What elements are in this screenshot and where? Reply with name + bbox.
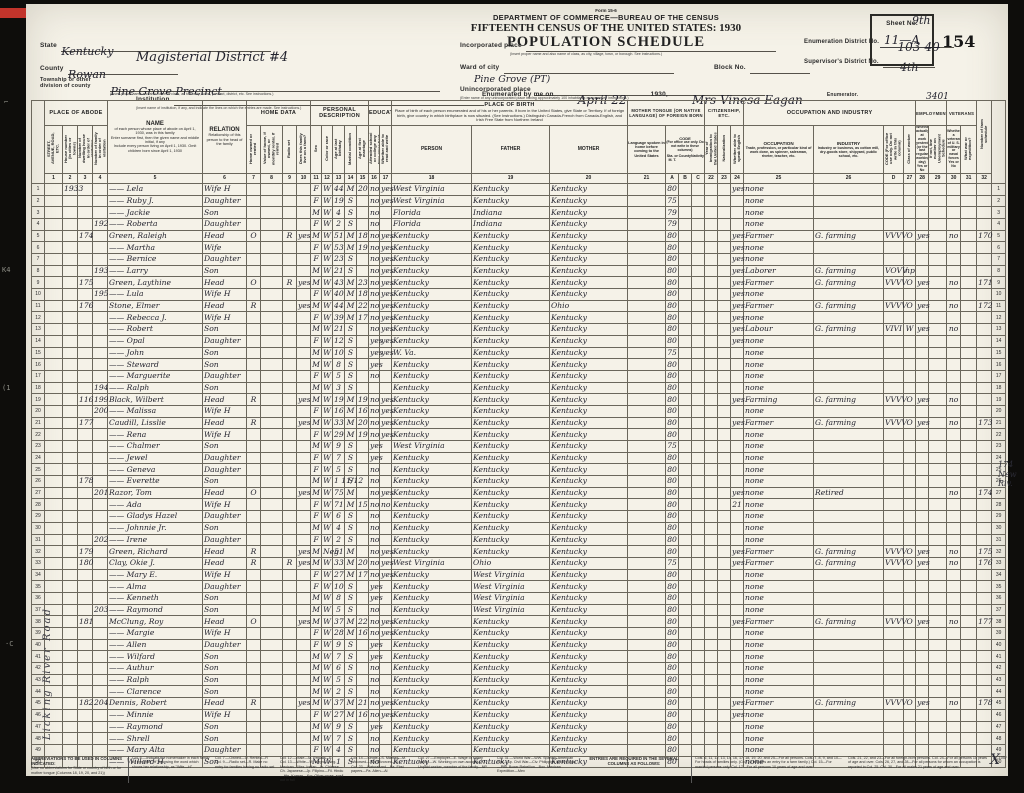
cell-imm (705, 254, 718, 266)
cell-fs (977, 464, 992, 476)
code-b-label: County (679, 154, 691, 162)
cell-nat (718, 335, 731, 347)
cell-pm: Kentucky (550, 616, 628, 628)
cell-nat (718, 207, 731, 219)
table-row: 3—— JackieSonMW4SnoFloridaIndianaKentuck… (32, 207, 1006, 219)
cell-name: —— Gladys Hazel (108, 511, 203, 523)
cell-ul (929, 441, 947, 453)
cell-name: Dennis, Robert (108, 698, 203, 710)
cell-pf: Kentucky (472, 651, 550, 663)
cell-hn (63, 394, 78, 406)
cell-wy (916, 709, 929, 721)
cell-val (261, 218, 283, 230)
cell-eng (731, 651, 744, 663)
cell-mt (628, 522, 666, 534)
cell-name: —— Martha (108, 242, 203, 254)
cell-hn (63, 218, 78, 230)
cell-race: W (322, 312, 333, 324)
cell-fam (93, 277, 108, 289)
cell-cc (692, 464, 705, 476)
cell-ind (814, 464, 884, 476)
cell-sch: no (369, 744, 380, 756)
cell-rad (283, 628, 297, 640)
cell-cb (679, 604, 692, 616)
cell-val (261, 499, 283, 511)
cell-own (247, 534, 261, 546)
cell-cd (884, 534, 904, 546)
cell-rad (283, 242, 297, 254)
cell-name: —— Ada (108, 499, 203, 511)
cell-hn (63, 347, 78, 359)
cell-cd (884, 686, 904, 698)
cell-rad (283, 511, 297, 523)
cell-rw (380, 744, 392, 756)
col-number: 4 (93, 173, 108, 183)
cell-ind (814, 335, 884, 347)
cell-cb (679, 312, 692, 324)
cell-pf: Kentucky (472, 230, 550, 242)
line-number-right: 8 (992, 265, 1006, 277)
cell-name: —— Johnnie Jr. (108, 522, 203, 534)
cell-afm: 19 (357, 429, 369, 441)
line-number-right: 44 (992, 686, 1006, 698)
cell-imm (705, 534, 718, 546)
cell-ul (929, 230, 947, 242)
cell-sch: no (369, 405, 380, 417)
cell-val (261, 277, 283, 289)
cell-mar: S (345, 370, 357, 382)
cell-cb (679, 464, 692, 476)
cell-mt (628, 546, 666, 558)
cell-war (961, 394, 977, 406)
cell-farm (297, 370, 311, 382)
cell-cls (904, 744, 916, 756)
cell-mt (628, 581, 666, 593)
cell-mar: S (345, 651, 357, 663)
cell-vet (947, 651, 961, 663)
cell-war (961, 300, 977, 312)
cell-val (261, 394, 283, 406)
cell-cb (679, 335, 692, 347)
line-number-left: 15 (32, 347, 45, 359)
cell-name: Green, Richard (108, 546, 203, 558)
cell-sch: no (369, 709, 380, 721)
cell-fam: 200 (93, 405, 108, 417)
cell-sch: no (369, 207, 380, 219)
cell-cd (884, 674, 904, 686)
line-number-right: 14 (992, 335, 1006, 347)
cell-cb (679, 359, 692, 371)
cell-hn (63, 592, 78, 604)
cell-st (45, 242, 63, 254)
cell-cls (904, 569, 916, 581)
cell-imm (705, 207, 718, 219)
cell-cls (904, 639, 916, 651)
cell-name: —— Margie (108, 628, 203, 640)
cell-pm: Kentucky (550, 405, 628, 417)
cell-cc (692, 300, 705, 312)
cell-ul (929, 195, 947, 207)
cell-vet (947, 254, 961, 266)
cell-cc (692, 698, 705, 710)
cell-ca: 75 (666, 347, 679, 359)
cell-dw (78, 405, 93, 417)
cell-own: O (247, 230, 261, 242)
cell-sex: M (311, 476, 322, 488)
corner-x-mark: X (990, 752, 1000, 768)
cell-imm (705, 698, 718, 710)
table-row: 16—— StewardSonMW8SyesKentuckyKentuckyKe… (32, 359, 1006, 371)
cell-rel: Daughter (203, 370, 247, 382)
cell-age: 23 (333, 254, 345, 266)
col-number: 6 (203, 173, 247, 183)
cell-pb: Kentucky (392, 370, 472, 382)
line-number-right: 5 (992, 230, 1006, 242)
col-number: 32 (977, 173, 992, 183)
cell-occ: none (744, 476, 814, 488)
cell-pf: Kentucky (472, 674, 550, 686)
cell-rel: Daughter (203, 534, 247, 546)
cell-val (261, 628, 283, 640)
cell-cb (679, 417, 692, 429)
cell-cls (904, 487, 916, 499)
cell-cb (679, 651, 692, 663)
cell-cls (904, 405, 916, 417)
cell-ind (814, 592, 884, 604)
cell-cb (679, 476, 692, 488)
cell-st (45, 254, 63, 266)
page-stamp: 154 (942, 32, 975, 51)
cell-nat (718, 581, 731, 593)
census-scan-page: { "header": { "form_no": "Form 15-6", "d… (0, 0, 1024, 793)
col-number: 2 (63, 173, 78, 183)
desc-street: STREET, AVENUE, ROAD, ETC. (45, 126, 63, 174)
cell-sch: no (369, 546, 380, 558)
cell-imm (705, 569, 718, 581)
cell-imm (705, 651, 718, 663)
cell-name: Green, Raleigh (108, 230, 203, 242)
cell-dw: 175 (78, 277, 93, 289)
cell-farm (297, 242, 311, 254)
cell-ul (929, 663, 947, 675)
cell-fs (977, 370, 992, 382)
cell-fam (93, 441, 108, 453)
cell-occ: none (744, 581, 814, 593)
cell-mt (628, 405, 666, 417)
cell-war (961, 604, 977, 616)
group-home-data: HOME DATA (247, 101, 311, 126)
cell-name: Stone, Elmer (108, 300, 203, 312)
line-number-right: 36 (992, 592, 1006, 604)
cell-vet (947, 569, 961, 581)
cell-imm (705, 733, 718, 745)
cell-own: R (247, 698, 261, 710)
cell-wy (916, 639, 929, 651)
table-row: 43—— RalphSonMW5SnoKentuckyKentuckyKentu… (32, 674, 1006, 686)
cell-farm (297, 744, 311, 756)
cell-fs: 174 (977, 487, 992, 499)
cell-cc (692, 569, 705, 581)
cell-wy (916, 686, 929, 698)
cell-val (261, 370, 283, 382)
col-number: 29 (929, 173, 947, 183)
cell-imm (705, 277, 718, 289)
cell-ca: 80 (666, 604, 679, 616)
cell-sex: F (311, 405, 322, 417)
col-number: 7 (247, 173, 261, 183)
cell-rad (283, 265, 297, 277)
cell-hn (63, 359, 78, 371)
cell-race: W (322, 394, 333, 406)
cell-own (247, 335, 261, 347)
table-row: 44—— ClarenceSonMW2SnoKentuckyKentuckyKe… (32, 686, 1006, 698)
line-number-left: 12 (32, 312, 45, 324)
cell-war (961, 639, 977, 651)
cell-cd (884, 522, 904, 534)
cell-age: 5 (333, 464, 345, 476)
abbr-col: Col. 31.—World War—WW. Spanish-American … (497, 756, 577, 783)
cell-pb: Kentucky (392, 300, 472, 312)
cell-dw (78, 464, 93, 476)
cell-cb (679, 382, 692, 394)
cell-war (961, 674, 977, 686)
cell-vet (947, 452, 961, 464)
col-number: 8 (261, 173, 283, 183)
cell-sex: F (311, 289, 322, 301)
cell-pm: Kentucky (550, 592, 628, 604)
cell-fs (977, 359, 992, 371)
cell-fs (977, 581, 992, 593)
cell-val (261, 546, 283, 558)
cell-race: W (322, 183, 333, 195)
cell-own (247, 464, 261, 476)
cell-mar: S (345, 522, 357, 534)
cell-cls (904, 359, 916, 371)
cell-race: W (322, 347, 333, 359)
farm-schedule-header: Number of farm schedule (977, 101, 992, 174)
cell-cd (884, 289, 904, 301)
cell-ca: 80 (666, 721, 679, 733)
cell-pm: Kentucky (550, 546, 628, 558)
cell-fam (93, 628, 108, 640)
cell-sch: no (369, 324, 380, 336)
cell-pm: Kentucky (550, 628, 628, 640)
cell-war (961, 744, 977, 756)
cell-cb (679, 277, 692, 289)
cell-sex: F (311, 183, 322, 195)
cell-afm (357, 218, 369, 230)
cell-val (261, 254, 283, 266)
cell-rad: R (283, 277, 297, 289)
cell-farm (297, 464, 311, 476)
cell-rel: Daughter (203, 218, 247, 230)
cell-val (261, 604, 283, 616)
cell-ind (814, 452, 884, 464)
cell-occ: Farmer (744, 616, 814, 628)
cell-dw (78, 651, 93, 663)
desc-farm: Does this family live on a farm? (297, 126, 311, 174)
cell-occ: Farmer (744, 417, 814, 429)
cell-fam (93, 592, 108, 604)
cell-val (261, 522, 283, 534)
cell-rel: Head (203, 300, 247, 312)
desc-school: Attended school or college any time sinc… (369, 126, 380, 174)
cell-own (247, 604, 261, 616)
group-employment: EMPLOYMENT (916, 101, 947, 126)
cell-name: —— Mary Alta (108, 744, 203, 756)
cell-cb (679, 709, 692, 721)
cell-occ: Farmer (744, 230, 814, 242)
cell-vet (947, 218, 961, 230)
cell-rad (283, 394, 297, 406)
cell-st (45, 417, 63, 429)
desc-occupation: OCCUPATION Trade, profession, or particu… (744, 126, 814, 174)
cell-wy (916, 744, 929, 756)
cell-wy (916, 651, 929, 663)
abbr-col: Col. 14.—Single—S. Married—M. Widowed—Wd… (351, 756, 413, 783)
cell-sex: M (311, 324, 322, 336)
desc-age: Age at last birthday (333, 126, 345, 174)
cell-own: R (247, 394, 261, 406)
cell-age: 9 (333, 441, 345, 453)
cell-ind (814, 639, 884, 651)
cell-sex: M (311, 546, 322, 558)
cell-rel: Wife H (203, 709, 247, 721)
cell-nat (718, 709, 731, 721)
table-row: 14—— OpalDaughterFW12SyesyesKentuckyKent… (32, 335, 1006, 347)
cell-imm (705, 592, 718, 604)
cell-fs (977, 195, 992, 207)
cell-val (261, 476, 283, 488)
desc-race: Color or race (322, 126, 333, 174)
cell-own (247, 499, 261, 511)
cell-ind: G. farming (814, 277, 884, 289)
cell-rad (283, 709, 297, 721)
cell-nat (718, 476, 731, 488)
cell-ul (929, 242, 947, 254)
cell-afm: 16 (357, 628, 369, 640)
cell-own (247, 639, 261, 651)
cell-hn: 1933 (63, 183, 78, 195)
cell-war (961, 218, 977, 230)
line-number-left: 49 (32, 744, 45, 756)
cell-mt (628, 417, 666, 429)
cell-sex: F (311, 218, 322, 230)
cell-rw (380, 604, 392, 616)
cell-own (247, 663, 261, 675)
cell-own (247, 511, 261, 523)
cell-mt (628, 628, 666, 640)
cell-mt (628, 300, 666, 312)
cell-st (45, 394, 63, 406)
table-row: 23—— ChalmerSonMW9SyesWest VirginiaKentu… (32, 441, 1006, 453)
cell-age: 71 (333, 499, 345, 511)
cell-hn (63, 709, 78, 721)
cell-occ: Farmer (744, 300, 814, 312)
cell-rel: Son (203, 382, 247, 394)
cell-fs (977, 265, 992, 277)
cell-mt (628, 604, 666, 616)
film-edge-mark: ⌐ (4, 98, 8, 106)
cell-wy: yes (916, 230, 929, 242)
cell-val (261, 242, 283, 254)
table-row: 47—— RaymondSonMW9SyesKentuckyKentuckyKe… (32, 721, 1006, 733)
cell-race: W (322, 300, 333, 312)
cell-fs (977, 183, 992, 195)
cell-sex: M (311, 277, 322, 289)
cell-cls (904, 686, 916, 698)
cell-afm (357, 581, 369, 593)
cell-sch: no (369, 195, 380, 207)
cell-race: W (322, 324, 333, 336)
cell-fs (977, 254, 992, 266)
cell-val (261, 230, 283, 242)
line-number-right: 43 (992, 674, 1006, 686)
cell-own (247, 218, 261, 230)
cell-hn (63, 417, 78, 429)
cell-occ: none (744, 487, 814, 499)
cell-vet (947, 195, 961, 207)
cell-war (961, 464, 977, 476)
cell-dw (78, 359, 93, 371)
line-number-right: 30 (992, 522, 1006, 534)
cell-name: —— Mary E. (108, 569, 203, 581)
cell-val (261, 441, 283, 453)
cell-rad (283, 534, 297, 546)
cell-farm (297, 382, 311, 394)
cell-pb: Kentucky (392, 464, 472, 476)
abbr-title: ABBREVIATIONS TO BE USED IN COLUMNS INDI… (31, 756, 123, 766)
cell-afm (357, 359, 369, 371)
cell-vet (947, 522, 961, 534)
desc-pob-mother: MOTHER (550, 126, 628, 174)
cell-mt (628, 452, 666, 464)
cell-farm (297, 721, 311, 733)
desc-veteran: Whether a veteran of U. S. military or n… (947, 126, 961, 174)
cell-val (261, 651, 283, 663)
cell-pf: Kentucky (472, 721, 550, 733)
cell-rw: yes (380, 557, 392, 569)
cell-war (961, 441, 977, 453)
cell-eng: yes (731, 300, 744, 312)
cell-fam (93, 511, 108, 523)
cell-ca: 80 (666, 581, 679, 593)
cell-cls (904, 183, 916, 195)
cell-mt (628, 195, 666, 207)
cell-mar: S (345, 534, 357, 546)
cell-rel: Daughter (203, 464, 247, 476)
block-field: Block No. (714, 56, 810, 74)
cell-sex: F (311, 569, 322, 581)
cell-sch: no (369, 183, 380, 195)
cell-pb: Kentucky (392, 639, 472, 651)
cell-wy (916, 347, 929, 359)
table-row: 24—— JewelDaughterFW7SyesKentuckyKentuck… (32, 452, 1006, 464)
cell-age: 16 (333, 405, 345, 417)
cell-vet (947, 347, 961, 359)
cell-cd (884, 476, 904, 488)
cell-ca: 80 (666, 639, 679, 651)
cell-dw: 181 (78, 616, 93, 628)
cell-race: W (322, 207, 333, 219)
cell-race: W (322, 663, 333, 675)
cell-afm: 19 (357, 242, 369, 254)
cell-hn (63, 452, 78, 464)
cell-fam (93, 300, 108, 312)
cell-pb: Kentucky (392, 382, 472, 394)
cell-pf: Kentucky (472, 499, 550, 511)
cell-ul (929, 382, 947, 394)
